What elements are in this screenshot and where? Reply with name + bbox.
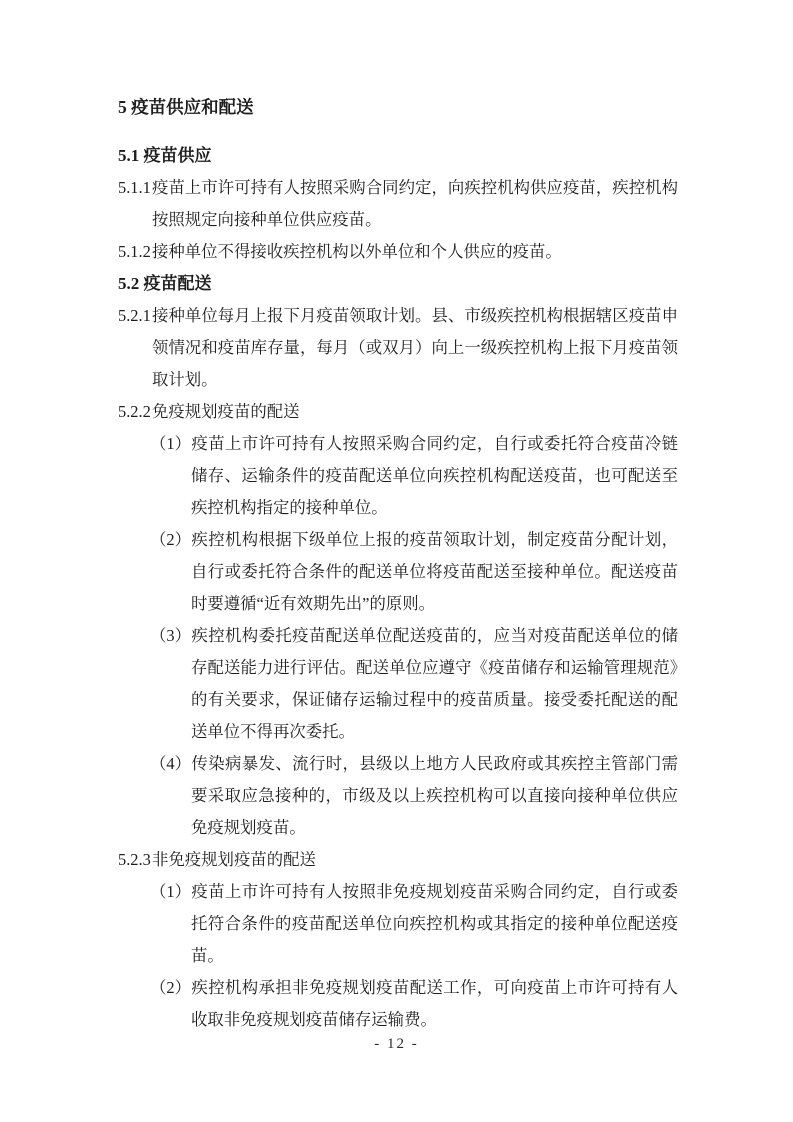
list-item-text: 疫苗上市许可持有人按照采购合同约定，自行或委托符合疫苗冷链储存、运输条件的疫苗配… [191,434,678,517]
list-item-5-2-3-1: （1）疫苗上市许可持有人按照非免疫规划疫苗采购合同约定，自行或委托符合条件的疫苗… [150,876,678,972]
paragraph-text: 接种单位不得接收疾控机构以外单位和个人供应的疫苗。 [152,242,562,261]
list-item-marker: （1） [150,428,191,460]
list-item-5-2-2-4: （4）传染病暴发、流行时，县级以上地方人民政府或其疾控主管部门需要采取应急接种的… [150,748,678,844]
paragraph-5-2-1: 5.2.1接种单位每月上报下月疫苗领取计划。县、市级疾控机构根据辖区疫苗申领情况… [118,300,678,396]
section-heading-5-2: 5.2 疫苗配送 [118,268,678,300]
document-page: 5 疫苗供应和配送 5.1 疫苗供应 5.1.1疫苗上市许可持有人按照采购合同约… [0,0,793,1122]
list-item-text: 疾控机构委托疫苗配送单位配送疫苗的，应当对疫苗配送单位的储存配送能力进行评估。配… [191,626,678,741]
paragraph-5-1-1: 5.1.1疫苗上市许可持有人按照采购合同约定，向疾控机构供应疫苗，疾控机构按照规… [118,172,678,236]
list-item-5-2-3-2: （2）疾控机构承担非免疫规划疫苗配送工作，可向疫苗上市许可持有人收取非免疫规划疫… [150,972,678,1036]
section-heading-5-1: 5.1 疫苗供应 [118,140,678,172]
list-item-marker: （2） [150,972,191,1004]
paragraph-number: 5.1.1 [118,172,152,204]
paragraph-number: 5.2.1 [118,300,152,332]
list-item-marker: （4） [150,748,191,780]
list-item-text: 疾控机构根据下级单位上报的疫苗领取计划，制定疫苗分配计划，自行或委托符合条件的配… [191,530,678,613]
paragraph-number: 5.2.3 [118,844,152,876]
paragraph-number: 5.1.2 [118,236,152,268]
paragraph-text: 疫苗上市许可持有人按照采购合同约定，向疾控机构供应疫苗，疾控机构按照规定向接种单… [152,178,678,229]
list-item-marker: （2） [150,524,191,556]
list-item-5-2-2-3: （3）疾控机构委托疫苗配送单位配送疫苗的，应当对疫苗配送单位的储存配送能力进行评… [150,620,678,748]
paragraph-number: 5.2.2 [118,396,152,428]
paragraph-text: 非免疫规划疫苗的配送 [152,850,316,869]
paragraph-5-1-2: 5.1.2接种单位不得接收疾控机构以外单位和个人供应的疫苗。 [118,236,678,268]
paragraph-5-2-2: 5.2.2免疫规划疫苗的配送 [118,396,678,428]
page-title: 5 疫苗供应和配送 [118,91,678,123]
paragraph-5-2-3: 5.2.3非免疫规划疫苗的配送 [118,844,678,876]
paragraph-text: 接种单位每月上报下月疫苗领取计划。县、市级疾控机构根据辖区疫苗申领情况和疫苗库存… [152,306,678,389]
list-item-text: 疫苗上市许可持有人按照非免疫规划疫苗采购合同约定，自行或委托符合条件的疫苗配送单… [191,882,678,965]
paragraph-text: 免疫规划疫苗的配送 [152,402,300,421]
list-item-marker: （1） [150,876,191,908]
list-item-text: 传染病暴发、流行时，县级以上地方人民政府或其疾控主管部门需要采取应急接种的，市级… [191,754,678,837]
list-item-5-2-2-2: （2）疾控机构根据下级单位上报的疫苗领取计划，制定疫苗分配计划，自行或委托符合条… [150,524,678,620]
list-item-5-2-2-1: （1）疫苗上市许可持有人按照采购合同约定，自行或委托符合疫苗冷链储存、运输条件的… [150,428,678,524]
list-item-marker: （3） [150,620,191,652]
list-item-text: 疾控机构承担非免疫规划疫苗配送工作，可向疫苗上市许可持有人收取非免疫规划疫苗储存… [191,978,678,1029]
page-number: - 12 - [0,1036,793,1053]
document-content: 5 疫苗供应和配送 5.1 疫苗供应 5.1.1疫苗上市许可持有人按照采购合同约… [118,91,678,1036]
